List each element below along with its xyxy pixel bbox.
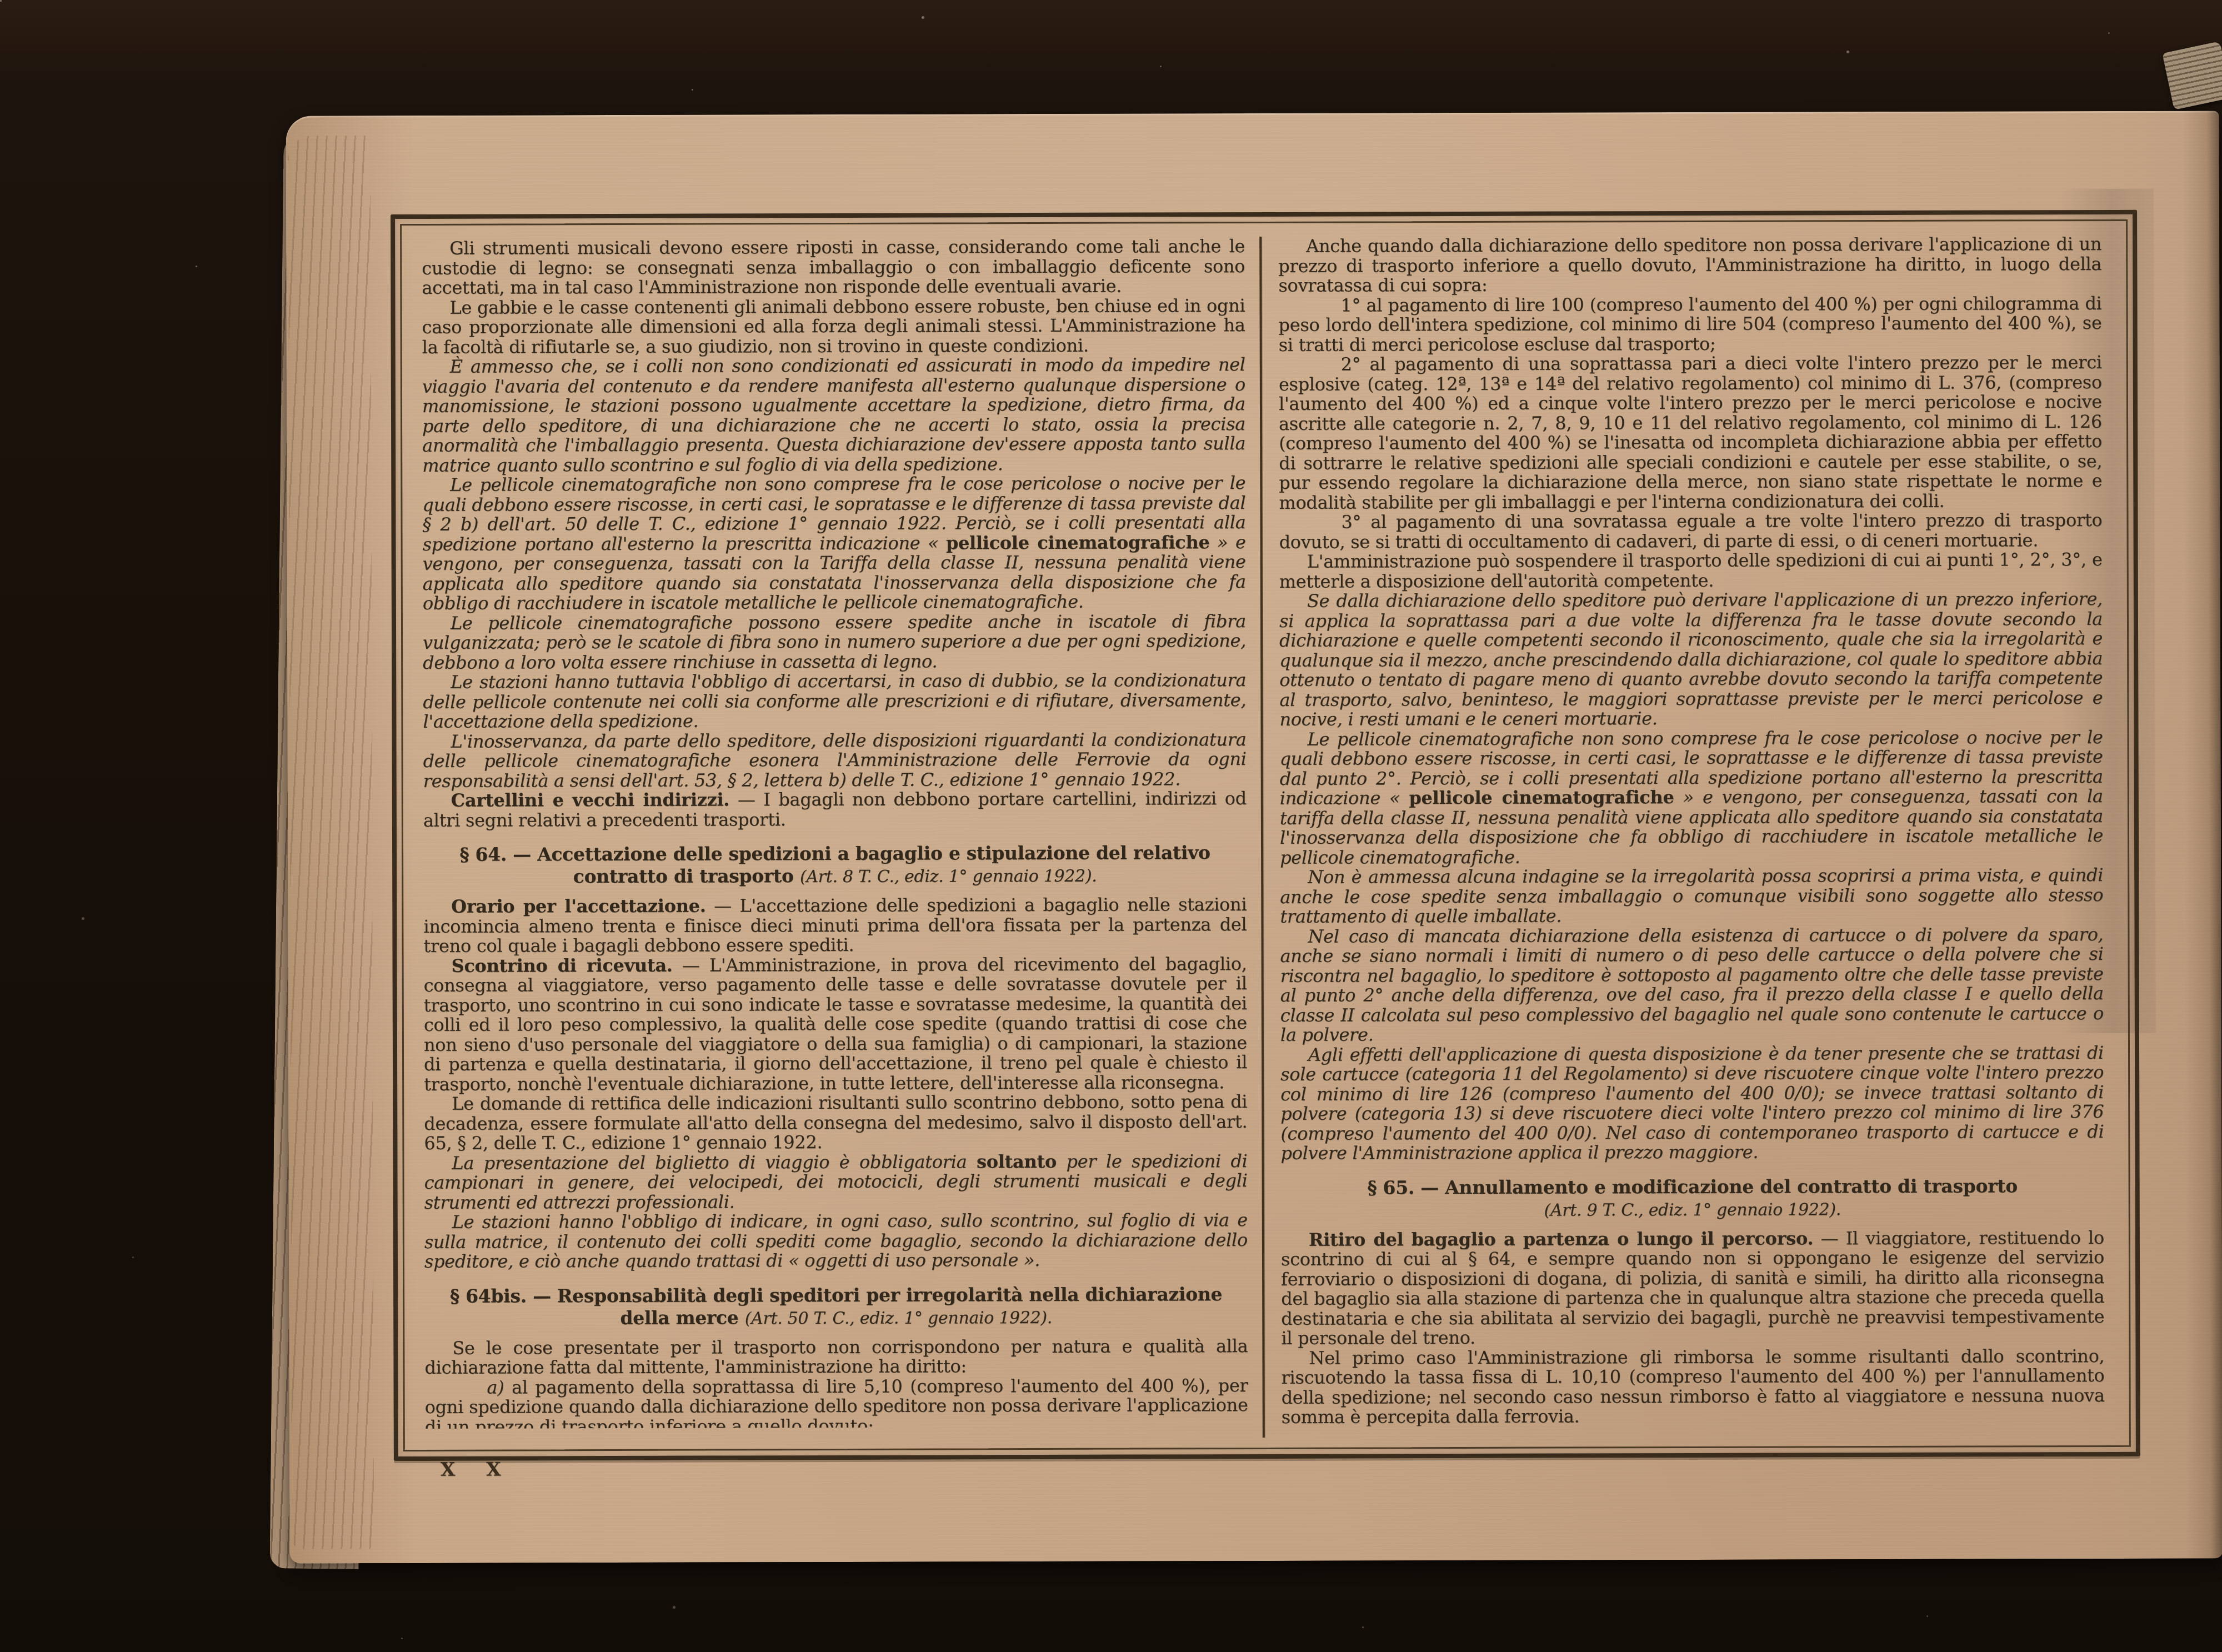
text-run: Gli strumenti musicali devono essere rip… bbox=[422, 237, 1245, 298]
scan-background: { "document": { "language": "it", "signa… bbox=[0, 0, 2222, 1652]
paragraph: Gli strumenti musicali devono essere rip… bbox=[422, 237, 1245, 298]
two-column-layout: Gli strumenti musicali devono essere rip… bbox=[402, 221, 2129, 1450]
paragraph: Non è ammessa alcuna indagine se la irre… bbox=[1280, 865, 2103, 927]
text-frame: Gli strumenti musicali devono essere rip… bbox=[391, 210, 2140, 1461]
section-heading: § 64. — Accettazione delle spedizioni a … bbox=[429, 842, 1241, 889]
paragraph: Se le cose presentate per il trasporto n… bbox=[424, 1336, 1248, 1378]
text-run: soltanto bbox=[977, 1150, 1057, 1172]
text-run: 1° al pagamento di lire 100 (compreso l'… bbox=[1279, 293, 2102, 356]
text-run: Se dalla dichiarazione dello speditore p… bbox=[1279, 588, 2103, 730]
paragraph: Nel caso di mancata dichiarazione della … bbox=[1280, 924, 2104, 1045]
text-run: Agli effetti dell'applicazione di questa… bbox=[1280, 1042, 2104, 1163]
paragraph: È ammesso che, se i colli non sono condi… bbox=[422, 355, 1246, 475]
text-run: Non è ammessa alcuna indagine se la irre… bbox=[1280, 864, 2103, 927]
paragraph: 1° al pagamento di lire 100 (compreso l'… bbox=[1278, 294, 2101, 355]
text-run: Orario per l'accettazione. bbox=[451, 895, 705, 917]
page-edge-striations bbox=[288, 136, 374, 1549]
paragraph: L'inosservanza, da parte dello speditore… bbox=[423, 730, 1246, 791]
paragraph: 3° al pagamento di una sovratassa eguale… bbox=[1279, 510, 2102, 552]
text-run: Nel caso di mancata dichiarazione della … bbox=[1280, 923, 2104, 1045]
text-run: 2° al pagamento di una soprattassa pari … bbox=[1279, 352, 2103, 513]
section-heading-article-ref: (Art. 8 T. C., ediz. 1° gennaio 1922). bbox=[800, 867, 1097, 887]
section-heading: § 64bis. — Responsabilità degli speditor… bbox=[430, 1283, 1242, 1331]
paragraph: Scontrino di ricevuta. — L'Amministrazio… bbox=[424, 954, 1248, 1094]
signature-mark: X X bbox=[441, 1458, 513, 1480]
paragraph: Le stazioni hanno l'obbligo di indicare,… bbox=[424, 1210, 1248, 1271]
paragraph: Ritiro del bagaglio a partenza o lungo i… bbox=[1281, 1228, 2105, 1348]
text-run: Le pellicole cinematografiche possono es… bbox=[423, 610, 1246, 673]
left-column: Gli strumenti musicali devono essere rip… bbox=[422, 237, 1263, 1429]
paragraph: Cartellini e vecchi indirizzi. — I bagag… bbox=[423, 789, 1247, 830]
text-run: a) bbox=[487, 1376, 504, 1398]
page-stack-top-right bbox=[2162, 41, 2222, 110]
paragraph: Nel primo caso l'Amministrazione gli rim… bbox=[1281, 1346, 2104, 1426]
paragraph: Le pellicole cinematografiche non sono c… bbox=[1279, 728, 2103, 868]
text-run: Le gabbie e le casse contenenti gli anim… bbox=[422, 295, 1245, 358]
paragraph: a) al pagamento della soprattassa di lir… bbox=[425, 1376, 1248, 1429]
paragraph: 2° al pagamento di una soprattassa pari … bbox=[1279, 353, 2103, 513]
text-run: Le domande di rettifica delle indicazion… bbox=[424, 1091, 1247, 1154]
section-heading-article-ref: (Art. 9 T. C., ediz. 1° gennaio 1922). bbox=[1287, 1198, 2099, 1223]
text-run: al pagamento della soprattassa di lire 5… bbox=[425, 1375, 1248, 1429]
text-run: Le stazioni hanno tuttavia l'obbligo di … bbox=[423, 669, 1246, 732]
paragraph: Le pellicole cinematografiche possono es… bbox=[423, 612, 1246, 673]
text-run: — L'Amministrazione, in prova del ricevi… bbox=[424, 953, 1247, 1095]
right-column: Anche quando dalla dichiarazione dello s… bbox=[1262, 234, 2105, 1426]
paragraph: Le gabbie e le casse contenenti gli anim… bbox=[422, 296, 1245, 357]
text-run: 3° al pagamento di una sovratassa eguale… bbox=[1279, 509, 2103, 552]
text-run: Ritiro del bagaglio a partenza o lungo i… bbox=[1309, 1228, 1813, 1250]
paragraph: Se dalla dichiarazione dello speditore p… bbox=[1279, 589, 2103, 729]
text-run: Nel primo caso l'Amministrazione gli rim… bbox=[1281, 1345, 2104, 1426]
paragraph: Orario per l'accettazione. — L'accettazi… bbox=[423, 895, 1247, 956]
text-run: Le stazioni hanno l'obbligo di indicare,… bbox=[424, 1209, 1248, 1272]
text-run: Cartellini e vecchi indirizzi. bbox=[451, 789, 729, 810]
dust-speckles bbox=[0, 0, 2, 2]
book-page: Gli strumenti musicali devono essere rip… bbox=[286, 111, 2222, 1563]
section-heading: § 65. — Annullamento e modificazione del… bbox=[1287, 1175, 2099, 1223]
text-run: L'inosservanza, da parte dello speditore… bbox=[423, 729, 1247, 792]
paragraph: Agli effetti dell'applicazione di questa… bbox=[1280, 1043, 2104, 1163]
paragraph: Le stazioni hanno tuttavia l'obbligo di … bbox=[423, 670, 1246, 732]
paragraph: Le pellicole cinematografiche non sono c… bbox=[422, 473, 1246, 613]
paragraph: L'amministrazione può sospendere il tras… bbox=[1279, 550, 2103, 592]
section-heading-article-ref: (Art. 50 T. C., ediz. 1° gennaio 1922). bbox=[745, 1308, 1052, 1328]
text-run: Se le cose presentate per il trasporto n… bbox=[424, 1335, 1248, 1378]
paragraph: La presentazione del biglietto di viaggi… bbox=[424, 1152, 1247, 1213]
text-run: La presentazione del biglietto di viaggi… bbox=[452, 1151, 977, 1173]
text-run: Anche quando dalla dichiarazione dello s… bbox=[1278, 234, 2101, 296]
section-heading-title: § 65. — Annullamento e modificazione del… bbox=[1367, 1175, 2018, 1198]
text-run: Scontrino di ricevuta. bbox=[452, 954, 673, 976]
right-edge-shadow bbox=[2180, 111, 2222, 1558]
text-run: L'amministrazione può sospendere il tras… bbox=[1279, 549, 2103, 592]
text-run: pellicole cinematografiche bbox=[1409, 787, 1674, 808]
text-run: pellicole cinematografiche bbox=[946, 532, 1210, 553]
paragraph: Le domande di rettifica delle indicazion… bbox=[424, 1092, 1247, 1153]
paragraph: Anche quando dalla dichiarazione dello s… bbox=[1278, 234, 2101, 296]
text-run: È ammesso che, se i colli non sono condi… bbox=[422, 354, 1245, 475]
